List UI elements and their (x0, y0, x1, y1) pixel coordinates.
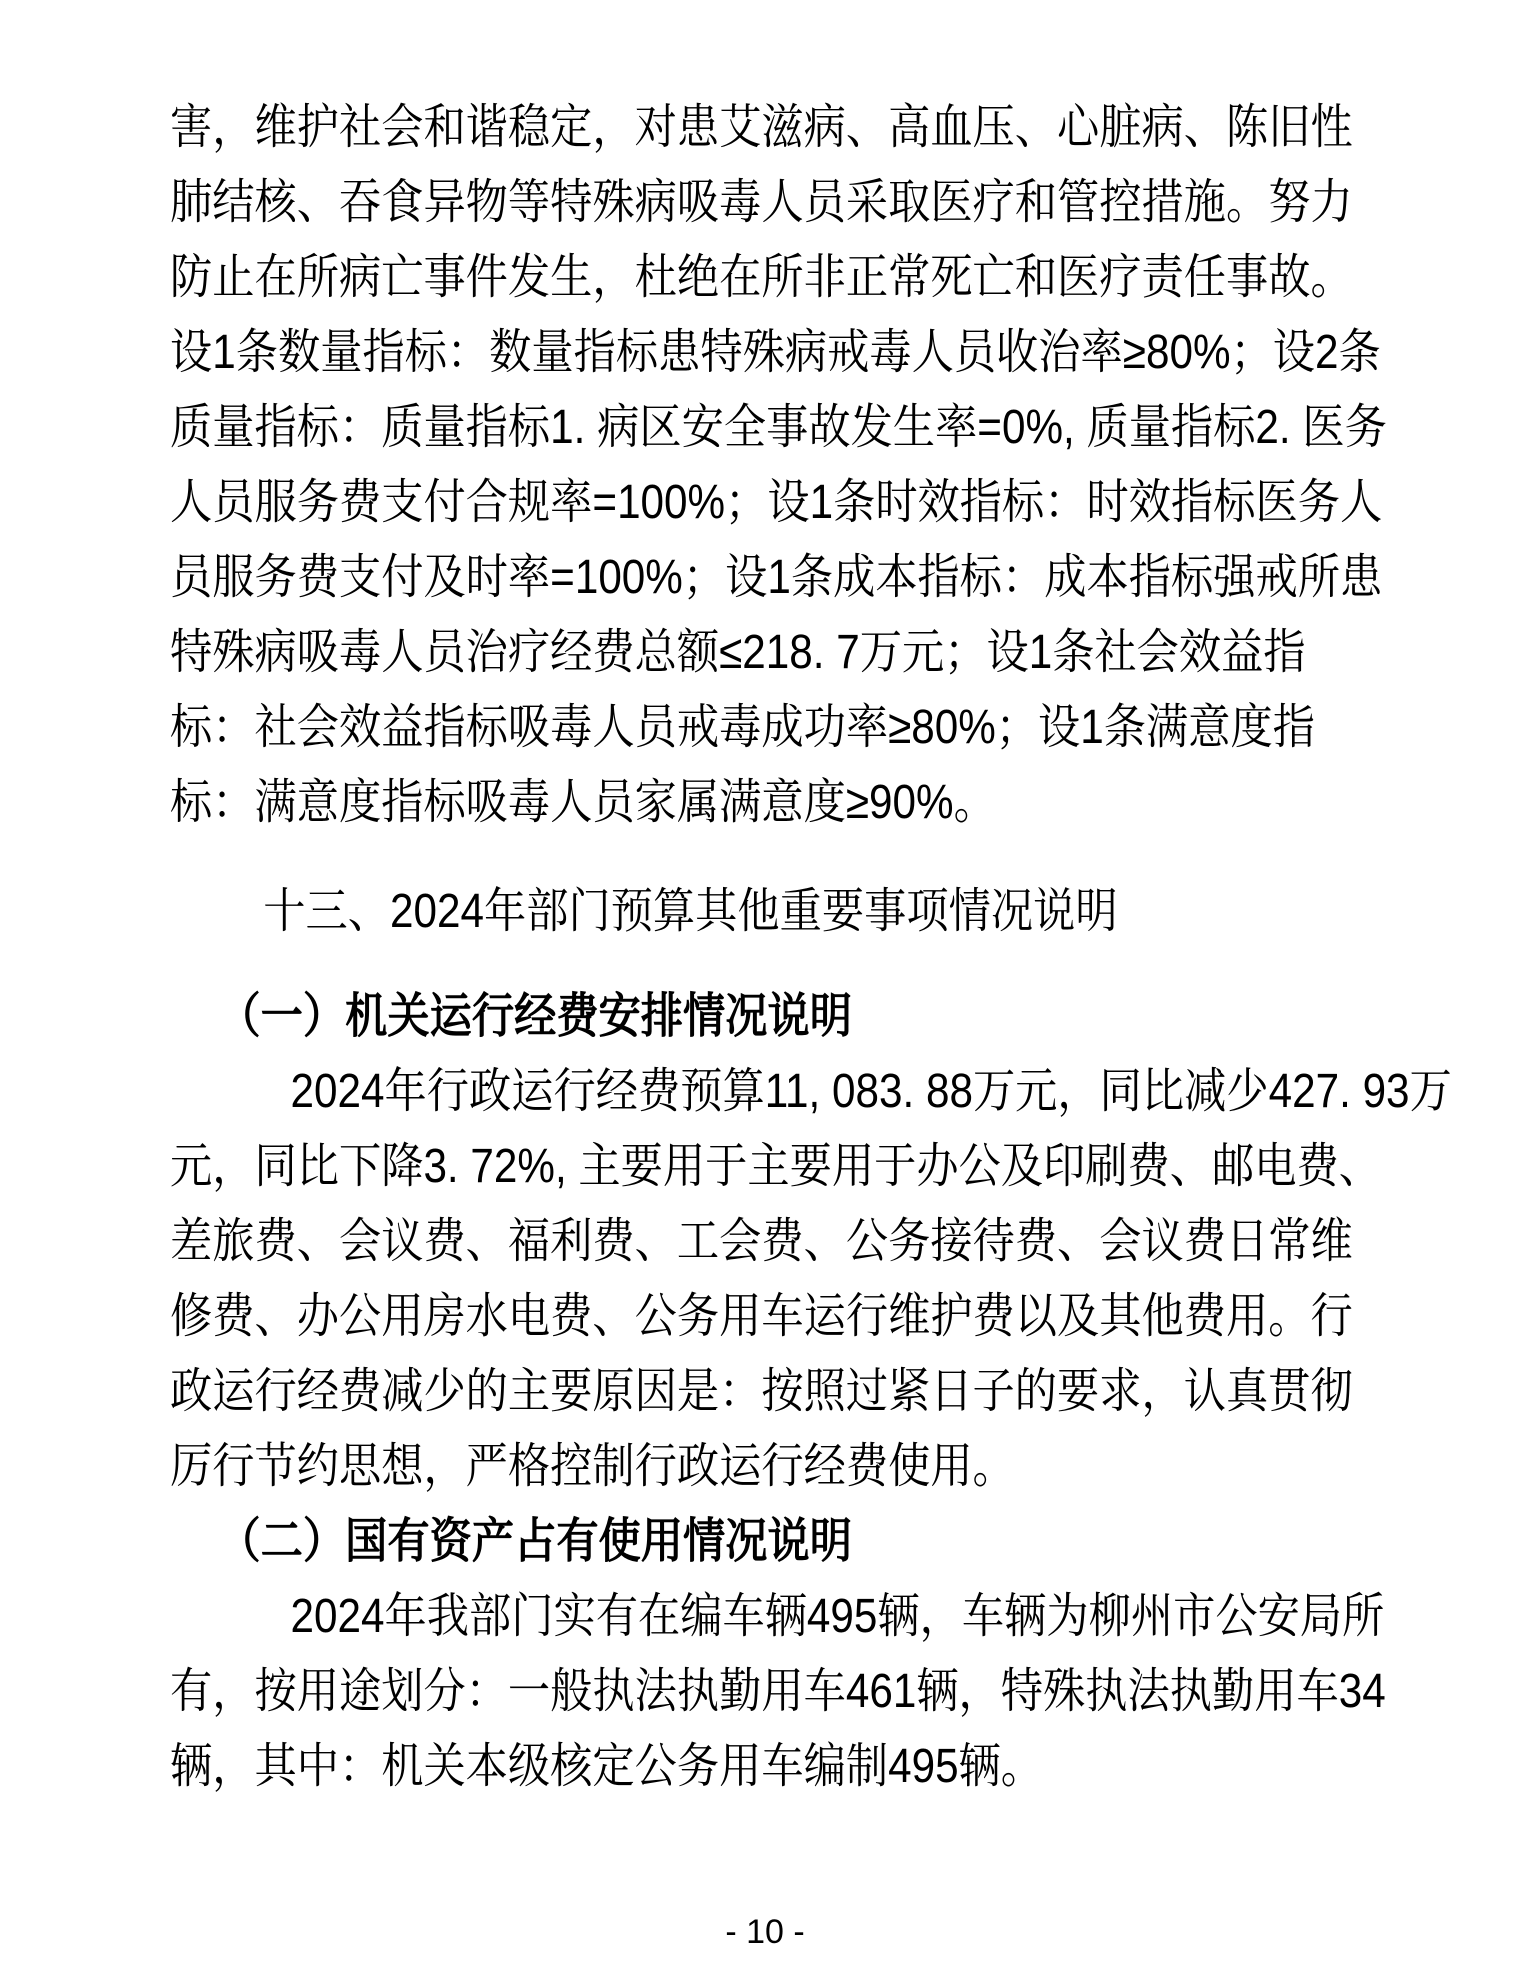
body-text-line: 政运行经费减少的主要原因是：按照过紧日子的要求，认真贯彻 (170, 1354, 1226, 1429)
document-page: 害，维护社会和谐稳定，对患艾滋病、高血压、心脏病、陈旧性 肺结核、吞食异物等特殊… (0, 0, 1530, 1980)
body-text-line: 特殊病吸毒人员治疗经费总额≤218. 7万元；设1条社会效益指 (170, 615, 1226, 690)
body-text-line: 肺结核、吞食异物等特殊病吸毒人员采取医疗和管控措施。努力 (170, 165, 1226, 240)
section-heading-13: 十三、2024年部门预算其他重要事项情况说明 (170, 874, 1226, 949)
body-text-line: 员服务费支付及时率=100%；设1条成本指标：成本指标强戒所患 (170, 540, 1226, 615)
document-content: 害，维护社会和谐稳定，对患艾滋病、高血压、心脏病、陈旧性 肺结核、吞食异物等特殊… (170, 90, 1370, 1804)
paragraph-performance-indicators: 害，维护社会和谐稳定，对患艾滋病、高血压、心脏病、陈旧性 肺结核、吞食异物等特殊… (170, 90, 1370, 840)
body-text-line: 有，按用途划分：一般执法执勤用车461辆，特殊执法执勤用车34 (170, 1654, 1226, 1729)
body-text-line: 差旅费、会议费、福利费、工会费、公务接待费、会议费日常维 (170, 1204, 1226, 1279)
paragraph-admin-operating-funds: 2024年行政运行经费预算11, 083. 88万元，同比减少427. 93万 … (170, 1054, 1370, 1504)
body-text-line: 质量指标：质量指标1. 病区安全事故发生率=0%, 质量指标2. 医务 (170, 390, 1226, 465)
body-text-line: 2024年我部门实有在编车辆495辆，车辆为柳州市公安局所 (170, 1579, 1226, 1654)
subsection-heading-1: （一）机关运行经费安排情况说明 (170, 979, 1226, 1054)
paragraph-state-assets: 2024年我部门实有在编车辆495辆，车辆为柳州市公安局所 有，按用途划分：一般… (170, 1579, 1370, 1804)
body-text-line: 设1条数量指标：数量指标患特殊病戒毒人员收治率≥80%；设2条 (170, 315, 1226, 390)
subsection-heading-2: （二）国有资产占有使用情况说明 (170, 1504, 1226, 1579)
page-number: - 10 - (0, 1912, 1530, 1952)
body-text-line: 害，维护社会和谐稳定，对患艾滋病、高血压、心脏病、陈旧性 (170, 90, 1226, 165)
body-text-line: 辆，其中：机关本级核定公务用车编制495辆。 (170, 1729, 1226, 1804)
body-text-line: 2024年行政运行经费预算11, 083. 88万元，同比减少427. 93万 (170, 1054, 1226, 1129)
body-text-line: 修费、办公用房水电费、公务用车运行维护费以及其他费用。行 (170, 1279, 1226, 1354)
body-text-line: 标：社会效益指标吸毒人员戒毒成功率≥80%；设1条满意度指 (170, 690, 1226, 765)
body-text-line: 厉行节约思想，严格控制行政运行经费使用。 (170, 1429, 1226, 1504)
body-text-line: 标：满意度指标吸毒人员家属满意度≥90%。 (170, 765, 1226, 840)
body-text-line: 防止在所病亡事件发生，杜绝在所非正常死亡和医疗责任事故。 (170, 240, 1226, 315)
body-text-line: 元，同比下降3. 72%, 主要用于主要用于办公及印刷费、邮电费、 (170, 1129, 1226, 1204)
body-text-line: 人员服务费支付合规率=100%；设1条时效指标：时效指标医务人 (170, 465, 1226, 540)
